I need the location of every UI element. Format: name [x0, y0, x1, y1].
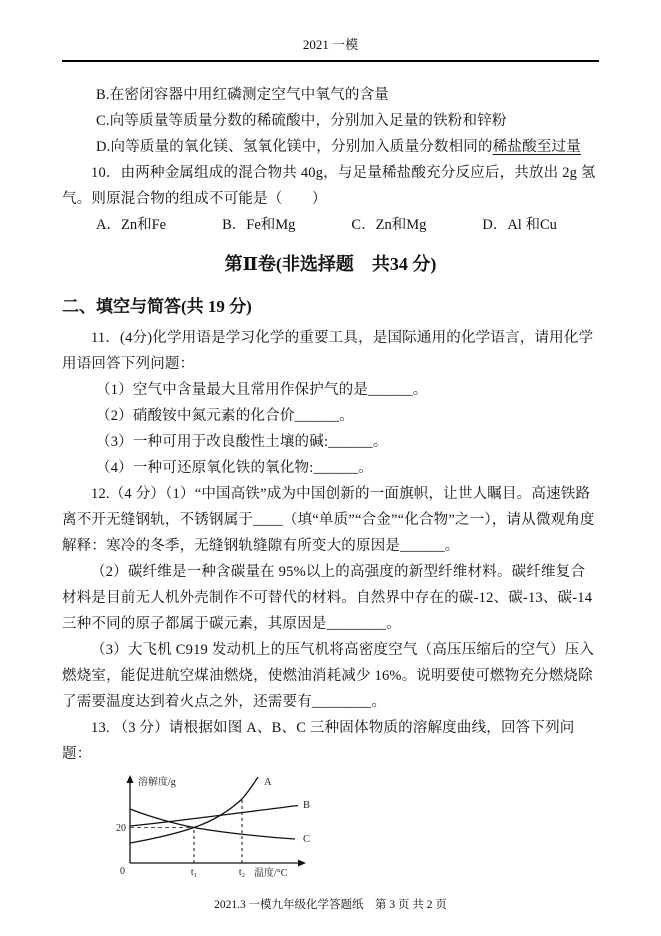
x-tick-t2: t₂ — [239, 867, 245, 878]
section2-title: 二、填空与简答(共 19 分) — [62, 292, 599, 317]
exam-page: 2021 一模 B.在密闭容器中用红磷测定空气中氧气的含量 C.向等质量等质量分… — [0, 0, 661, 936]
y-axis-arrowhead-icon — [127, 775, 134, 783]
y-tick-20: 20 — [116, 823, 126, 834]
q9-option-b: B.在密闭容器中用红磷测定空气中氧气的含量 — [62, 82, 599, 108]
q11-item-1: （1）空气中含量最大且常用作保护气的是______。 — [62, 377, 599, 403]
curve-c — [130, 809, 295, 839]
page-footer: 2021.3 一模九年级化学答题纸 第 3 页 共 2 页 — [62, 896, 599, 912]
curve-a-label: A — [264, 777, 272, 788]
q10-options-row: A．Zn和Fe B．Fe和Mg C．Zn和Mg D．Al 和Cu — [62, 212, 599, 238]
q9-option-d: D.向等质量的氧化镁、氢氧化镁中，分别加入质量分数相同的稀盐酸至过量 — [62, 134, 599, 160]
q11-item-4: （4）一种可还原氧化铁的氧化物:______。 — [62, 455, 599, 481]
q10-option-c: C．Zn和Mg — [351, 212, 426, 238]
origin-tick: 0 — [120, 866, 125, 877]
q10-option-a: A．Zn和Fe — [96, 212, 166, 238]
curve-b-label: B — [303, 800, 310, 811]
q12-paragraph-2: （2）碳纤维是一种含碳量在 95%以上的高强度的新型纤维材料。碳纤维复合材料是目… — [62, 559, 599, 637]
q11-stem: 11．(4分)化学用语是学习化学的重要工具，是国际通用的化学语言，请用化学用语回… — [62, 325, 599, 377]
x-axis-arrowhead-icon — [298, 860, 306, 867]
q9-option-c: C.向等质量等质量分数的稀硫酸中，分别加入足量的铁粉和锌粉 — [62, 108, 599, 134]
curve-b — [130, 806, 298, 827]
page-header: 2021 一模 — [62, 34, 599, 62]
part2-title: 第Ⅱ卷(非选择题 共34 分) — [62, 250, 599, 276]
curve-c-label: C — [303, 834, 310, 845]
q11-item-2: （2）硝酸铵中氮元素的化合价______。 — [62, 403, 599, 429]
solubility-chart: 溶解度/g 温度/°C 20 0 t₁ t₂ A B C — [108, 771, 330, 881]
chart-ylabel: 溶解度/g — [138, 775, 176, 788]
q10-option-d: D．Al 和Cu — [482, 212, 557, 238]
q10-option-b: B．Fe和Mg — [222, 212, 295, 238]
q13-stem: 13. （3 分）请根据如图 A、B、C 三种固体物质的溶解度曲线，回答下列问题… — [62, 715, 599, 767]
solubility-chart-figure: 溶解度/g 温度/°C 20 0 t₁ t₂ A B C — [108, 771, 599, 886]
footer-text: 2021.3 一模九年级化学答题纸 第 3 页 共 2 页 — [214, 899, 447, 911]
q12-paragraph-1: 12.（4 分）（1）“中国高铁”成为中国创新的一面旗帜，让世人瞩目。高速铁路离… — [62, 481, 599, 559]
header-title: 2021 一模 — [303, 37, 358, 52]
q12-paragraph-3: （3）大飞机 C919 发动机上的压气机将高密度空气（高压压缩后的空气）压入燃烧… — [62, 637, 599, 715]
q11-item-3: （3）一种可用于改良酸性土壤的碱:______。 — [62, 429, 599, 455]
exam-body: B.在密闭容器中用红磷测定空气中氧气的含量 C.向等质量等质量分数的稀硫酸中，分… — [62, 62, 599, 886]
chart-xlabel: 温度/°C — [254, 866, 288, 879]
q9-option-d-text: D.向等质量的氧化镁、氢氧化镁中，分别加入质量分数相同的 — [96, 139, 493, 155]
q10-stem: 10．由两种金属组成的混合物共 40g，与足量稀盐酸充分反应后，共放出 2g 氢… — [62, 160, 599, 212]
x-tick-t1: t₁ — [191, 867, 197, 878]
q9-option-d-underlined: 稀盐酸至过量 — [493, 139, 581, 155]
